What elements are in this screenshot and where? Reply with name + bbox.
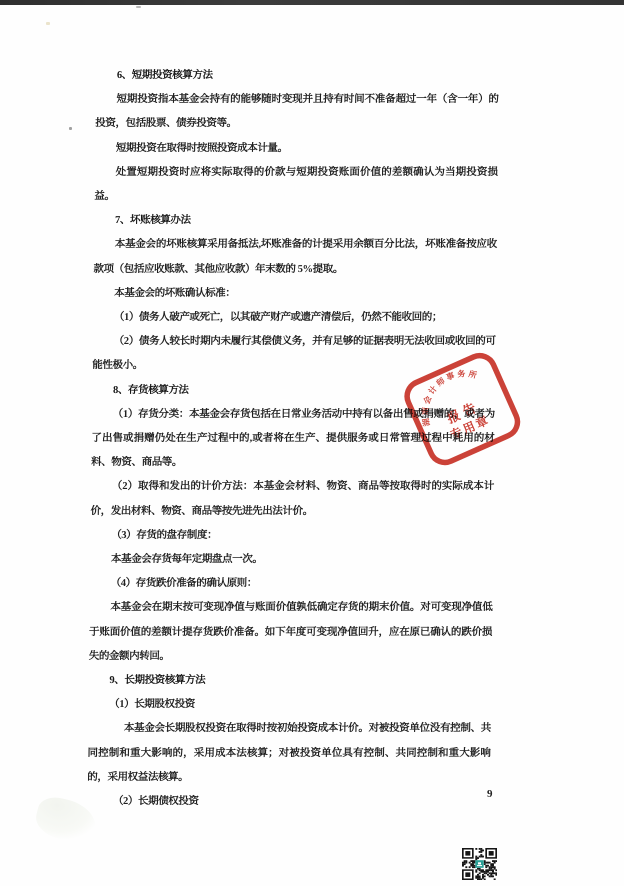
paragraph: 短期投资在取得时按照投资成本计量。 [95, 137, 498, 161]
paragraph: 本基金会的坏账确认标准： [93, 282, 496, 306]
scan-edge-bar [0, 0, 624, 5]
qr-code [462, 848, 497, 880]
paragraph: 处置短期投资时应将实际取得的价款与短期投资账面价值的差额确认为当期投资损益。 [94, 161, 498, 209]
section-heading: 9、长期投资核算方法 [88, 669, 491, 693]
paragraph: 本基金会存货每年定期盘点一次。 [90, 548, 493, 572]
page-number: 9 [487, 788, 493, 800]
scan-speck [136, 6, 141, 8]
scan-speck [69, 127, 72, 130]
list-item: （3）存货的盘存制度： [90, 524, 493, 548]
paragraph: 本基金会在期末按可变现净值与账面价值孰低确定存货的期末价值。对可变现净值低于账面… [89, 596, 493, 669]
list-item: （4）存货跌价准备的确认原则： [89, 572, 492, 596]
list-item: （1）债务人破产或死亡，以其破产财产或遗产清偿后，仍然不能收回的； [93, 306, 496, 330]
paragraph: 本基金会长期股权投资在取得时按初始投资成本计价。对被投资单位没有控制、共同控制和… [87, 717, 491, 790]
list-item: （1）长期股权投资 [88, 693, 491, 717]
section-heading: 6、短期投资核算方法 [96, 64, 499, 88]
scan-speck [46, 22, 50, 25]
section-heading: 7、坏账核算办法 [94, 209, 497, 233]
paragraph: 短期投资指本基金会持有的能够随时变现并且持有时间不准备超过一年（含一年）的投资，… [95, 88, 499, 136]
paragraph: 本基金会的坏账核算采用备抵法,坏账准备的计提采用余额百分比法，坏账准备按应收款项… [93, 233, 497, 281]
list-item: （2）长期债权投资 [87, 790, 490, 814]
